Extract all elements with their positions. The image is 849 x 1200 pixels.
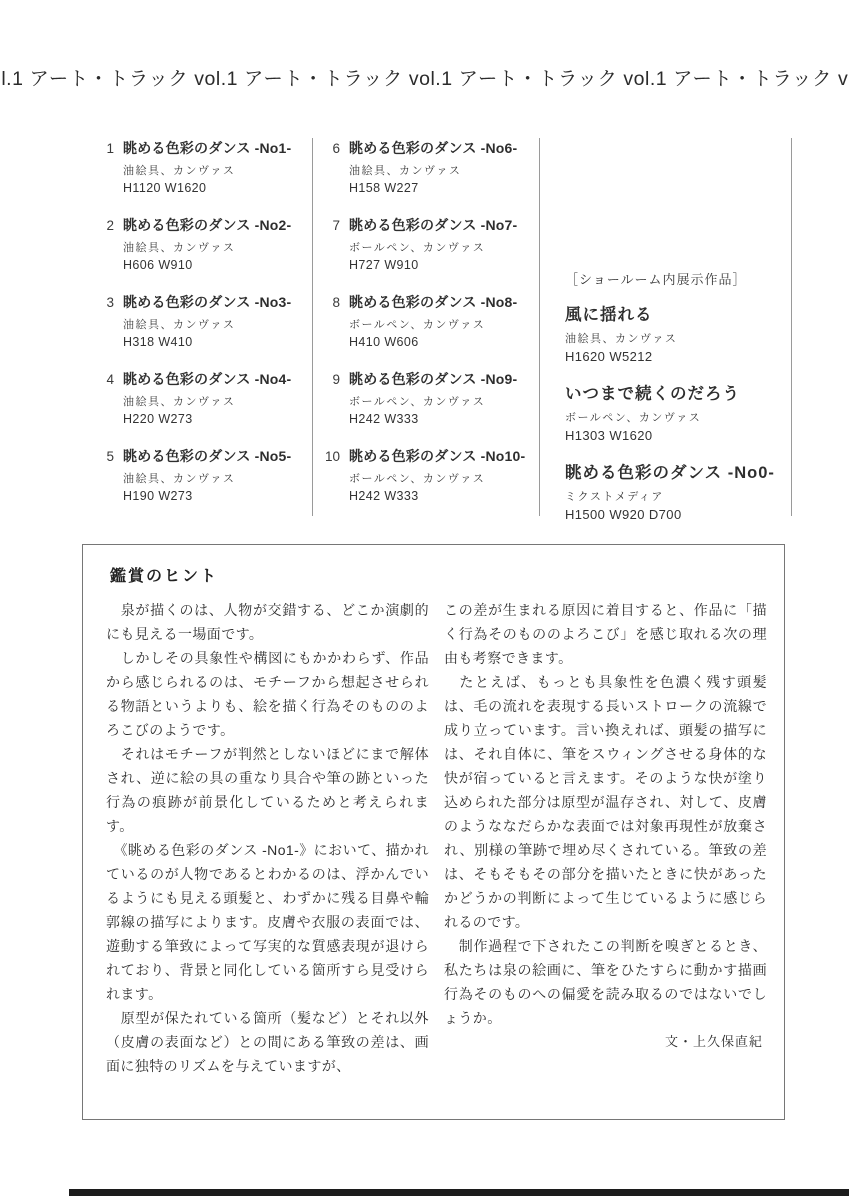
work-medium: 油絵具、カンヴァス xyxy=(123,241,309,255)
work-title: 眺める色彩のダンス -No5- xyxy=(123,447,291,465)
works-column-1: 1 眺める色彩のダンス -No1- 油絵具、カンヴァス H1120 W1620 … xyxy=(95,139,309,524)
work-size: H727 W910 xyxy=(349,257,539,273)
work-medium: 油絵具、カンヴァス xyxy=(123,164,309,178)
work-number: 10 xyxy=(321,449,340,464)
work-item: 6 眺める色彩のダンス -No6- 油絵具、カンヴァス H158 W227 xyxy=(321,139,539,196)
work-title: 眺める色彩のダンス -No6- xyxy=(349,139,517,157)
work-title: 風に揺れる xyxy=(565,305,797,325)
work-number: 5 xyxy=(95,449,114,464)
showroom-item: 風に揺れる 油絵具、カンヴァス H1620 W5212 xyxy=(565,305,797,365)
work-medium: ボールペン、カンヴァス xyxy=(349,472,539,486)
work-head: 3 眺める色彩のダンス -No3- xyxy=(95,293,309,311)
work-medium: ミクストメディア xyxy=(565,491,797,504)
work-size: H318 W410 xyxy=(123,334,309,350)
work-item: 8 眺める色彩のダンス -No8- ボールペン、カンヴァス H410 W606 xyxy=(321,293,539,350)
work-title: 眺める色彩のダンス -No10- xyxy=(349,447,525,465)
hint-right-column: この差が生まれる原因に着目すると、作品に「描く行為そのもののよろこび」を感じ取れ… xyxy=(444,598,767,1054)
work-title: 眺める色彩のダンス -No7- xyxy=(349,216,517,234)
exhibition-handout-page: ol.1 アート・トラック vol.1 アート・トラック vol.1 アート・ト… xyxy=(0,0,849,1200)
hint-title: 鑑賞のヒント xyxy=(110,563,218,586)
work-size: H190 W273 xyxy=(123,488,309,504)
work-title: いつまで続くのだろう xyxy=(565,384,797,404)
work-item: 2 眺める色彩のダンス -No2- 油絵具、カンヴァス H606 W910 xyxy=(95,216,309,273)
work-head: 9 眺める色彩のダンス -No9- xyxy=(321,370,539,388)
hint-paragraph: 《眺める色彩のダンス -No1-》において、描かれているのが人物であるとわかるの… xyxy=(106,838,429,1006)
work-size: H606 W910 xyxy=(123,257,309,273)
work-title: 眺める色彩のダンス -No3- xyxy=(123,293,291,311)
work-size: H1500 W920 D700 xyxy=(565,507,797,523)
work-item: 9 眺める色彩のダンス -No9- ボールペン、カンヴァス H242 W333 xyxy=(321,370,539,427)
work-size: H242 W333 xyxy=(349,411,539,427)
work-medium: ボールペン、カンヴァス xyxy=(349,241,539,255)
work-size: H1303 W1620 xyxy=(565,428,797,444)
work-size: H158 W227 xyxy=(349,180,539,196)
work-head: 10 眺める色彩のダンス -No10- xyxy=(321,447,539,465)
bottom-rule xyxy=(69,1189,849,1196)
hint-paragraph: たとえば、もっとも具象性を色濃く残す頭髪は、毛の流れを表現する長いストロークの流… xyxy=(444,670,767,934)
work-medium: 油絵具、カンヴァス xyxy=(123,395,309,409)
work-medium: ボールペン、カンヴァス xyxy=(349,318,539,332)
work-head: 8 眺める色彩のダンス -No8- xyxy=(321,293,539,311)
work-title: 眺める色彩のダンス -No4- xyxy=(123,370,291,388)
work-head: 4 眺める色彩のダンス -No4- xyxy=(95,370,309,388)
showroom-item: 眺める色彩のダンス -No0- ミクストメディア H1500 W920 D700 xyxy=(565,463,797,523)
work-head: 2 眺める色彩のダンス -No2- xyxy=(95,216,309,234)
work-item: 1 眺める色彩のダンス -No1- 油絵具、カンヴァス H1120 W1620 xyxy=(95,139,309,196)
work-medium: 油絵具、カンヴァス xyxy=(123,472,309,486)
work-number: 1 xyxy=(95,141,114,156)
hint-paragraph: しかしその具象性や構図にもかかわらず、作品から感じられるのは、モチーフから想起さ… xyxy=(106,646,429,742)
showroom-item: いつまで続くのだろう ボールペン、カンヴァス H1303 W1620 xyxy=(565,384,797,444)
work-medium: 油絵具、カンヴァス xyxy=(565,333,797,346)
work-title: 眺める色彩のダンス -No0- xyxy=(565,463,797,483)
author-credit: 文・上久保直紀 xyxy=(444,1030,767,1054)
work-item: 3 眺める色彩のダンス -No3- 油絵具、カンヴァス H318 W410 xyxy=(95,293,309,350)
work-number: 7 xyxy=(321,218,340,233)
work-number: 9 xyxy=(321,372,340,387)
work-size: H1120 W1620 xyxy=(123,180,309,196)
work-title: 眺める色彩のダンス -No1- xyxy=(123,139,291,157)
work-size: H1620 W5212 xyxy=(565,349,797,365)
work-number: 8 xyxy=(321,295,340,310)
work-item: 4 眺める色彩のダンス -No4- 油絵具、カンヴァス H220 W273 xyxy=(95,370,309,427)
column-divider xyxy=(312,138,313,516)
header-marquee: ol.1 アート・トラック vol.1 アート・トラック vol.1 アート・ト… xyxy=(0,63,849,91)
work-size: H410 W606 xyxy=(349,334,539,350)
work-medium: 油絵具、カンヴァス xyxy=(349,164,539,178)
hint-paragraph: それはモチーフが判然としないほどにまで解体され、逆に絵の具の重なり具合や筆の跡と… xyxy=(106,742,429,838)
hint-left-column: 泉が描くのは、人物が交錯する、どこか演劇的にも見える一場面です。 しかしその具象… xyxy=(106,598,429,1078)
work-head: 7 眺める色彩のダンス -No7- xyxy=(321,216,539,234)
work-size: H242 W333 xyxy=(349,488,539,504)
work-medium: 油絵具、カンヴァス xyxy=(123,318,309,332)
work-medium: ボールペン、カンヴァス xyxy=(565,412,797,425)
work-title: 眺める色彩のダンス -No2- xyxy=(123,216,291,234)
work-number: 4 xyxy=(95,372,114,387)
hint-paragraph: 原型が保たれている箇所（髪など）とそれ以外（皮膚の表面など）との間にある筆致の差… xyxy=(106,1006,429,1078)
work-head: 6 眺める色彩のダンス -No6- xyxy=(321,139,539,157)
work-number: 2 xyxy=(95,218,114,233)
showroom-header: ［ショールーム内展示作品］ xyxy=(565,269,797,288)
hint-paragraph: この差が生まれる原因に着目すると、作品に「描く行為そのもののよろこび」を感じ取れ… xyxy=(444,598,767,670)
works-column-2: 6 眺める色彩のダンス -No6- 油絵具、カンヴァス H158 W227 7 … xyxy=(321,139,539,524)
work-item: 10 眺める色彩のダンス -No10- ボールペン、カンヴァス H242 W33… xyxy=(321,447,539,504)
work-medium: ボールペン、カンヴァス xyxy=(349,395,539,409)
work-title: 眺める色彩のダンス -No8- xyxy=(349,293,517,311)
showroom-section: ［ショールーム内展示作品］ 風に揺れる 油絵具、カンヴァス H1620 W521… xyxy=(565,269,797,542)
column-divider xyxy=(539,138,540,516)
work-size: H220 W273 xyxy=(123,411,309,427)
hint-paragraph: 泉が描くのは、人物が交錯する、どこか演劇的にも見える一場面です。 xyxy=(106,598,429,646)
work-head: 5 眺める色彩のダンス -No5- xyxy=(95,447,309,465)
work-number: 3 xyxy=(95,295,114,310)
hint-paragraph: 制作過程で下されたこの判断を嗅ぎとるとき、私たちは泉の絵画に、筆をひたすらに動か… xyxy=(444,934,767,1030)
work-item: 7 眺める色彩のダンス -No7- ボールペン、カンヴァス H727 W910 xyxy=(321,216,539,273)
work-head: 1 眺める色彩のダンス -No1- xyxy=(95,139,309,157)
work-item: 5 眺める色彩のダンス -No5- 油絵具、カンヴァス H190 W273 xyxy=(95,447,309,504)
hint-box: 鑑賞のヒント 泉が描くのは、人物が交錯する、どこか演劇的にも見える一場面です。 … xyxy=(82,544,785,1120)
work-number: 6 xyxy=(321,141,340,156)
work-title: 眺める色彩のダンス -No9- xyxy=(349,370,517,388)
